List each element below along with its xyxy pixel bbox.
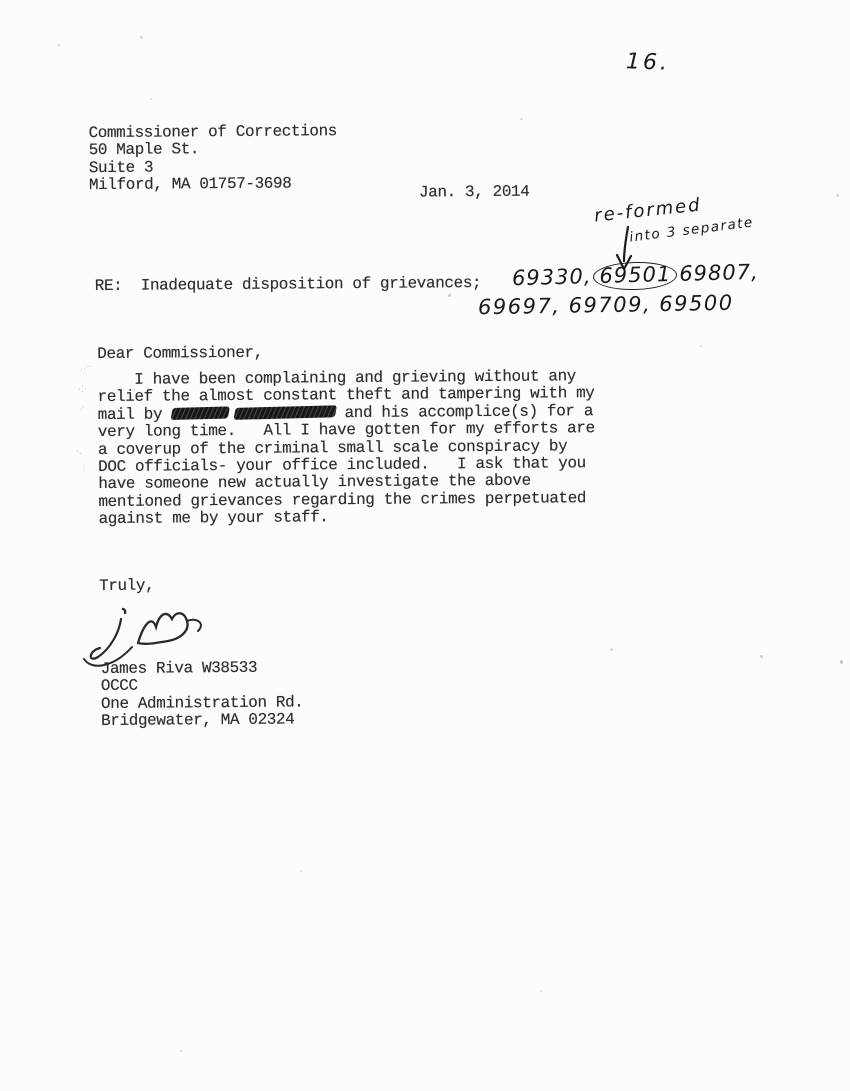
scan-smudge: ·⁚·: [78, 385, 87, 395]
sender-address-block: Commissioner of Corrections 50 Maple St.…: [88, 122, 337, 194]
scan-smudge: ·.: [76, 447, 82, 457]
re-subject-line: RE: Inadequate disposition of grievances…: [95, 274, 482, 295]
scan-smudge: :: [82, 464, 85, 474]
redacted-name-scribble: [170, 406, 229, 419]
redacted-name-scribble: [233, 405, 337, 420]
body-line: mentioned grievances regarding the crime…: [98, 489, 595, 510]
grievance-number-circled: 69501: [593, 261, 678, 291]
scan-speck: [520, 118, 523, 120]
scan-speck: [140, 36, 143, 39]
body-line: against me by your staff.: [98, 506, 595, 527]
signer-facility: OCCC: [101, 676, 304, 695]
sender-address-line: Milford, MA 01757-3698: [89, 174, 338, 193]
signature-icon: [80, 603, 255, 675]
body-paragraph: I have been complaining and grieving wit…: [97, 367, 595, 527]
scan-speck: [610, 648, 613, 651]
scan-smudge: .·: [79, 403, 85, 413]
signer-city: Bridgewater, MA 02324: [101, 711, 304, 730]
scan-speck: [448, 294, 451, 297]
handwritten-page-number: 16.: [626, 49, 671, 76]
scan-speck: [836, 194, 839, 197]
grievance-number-prefix: 69330,: [512, 264, 592, 290]
signer-street: One Administration Rd.: [101, 693, 304, 712]
body-line3-pre: mail by: [98, 405, 172, 424]
letter-date: Jan. 3, 2014: [419, 183, 530, 202]
scan-speck: [300, 870, 302, 872]
scan-speck: [840, 660, 843, 664]
scan-speck: [57, 44, 60, 46]
sender-address-line: Suite 3: [89, 157, 338, 176]
scan-speck: [150, 98, 152, 100]
scan-speck: [760, 655, 763, 658]
sender-address-line: Commissioner of Corrections: [88, 122, 337, 141]
salutation: Dear Commissioner,: [97, 344, 263, 363]
scan-speck: [180, 1050, 182, 1052]
scan-speck: [700, 345, 702, 347]
sender-address-line: 50 Maple St.: [89, 140, 338, 159]
grievance-numbers-line2: 69697, 69709, 69500: [478, 291, 734, 319]
scan-smudge: ·:¨: [80, 366, 90, 376]
scanned-letter-page: Commissioner of Corrections 50 Maple St.…: [0, 0, 850, 1091]
closing: Truly,: [99, 577, 154, 595]
typed-letter-layer: Commissioner of Corrections 50 Maple St.…: [0, 0, 850, 1091]
scan-speck: [540, 990, 542, 992]
grievance-number-suffix: 69807,: [679, 260, 759, 286]
